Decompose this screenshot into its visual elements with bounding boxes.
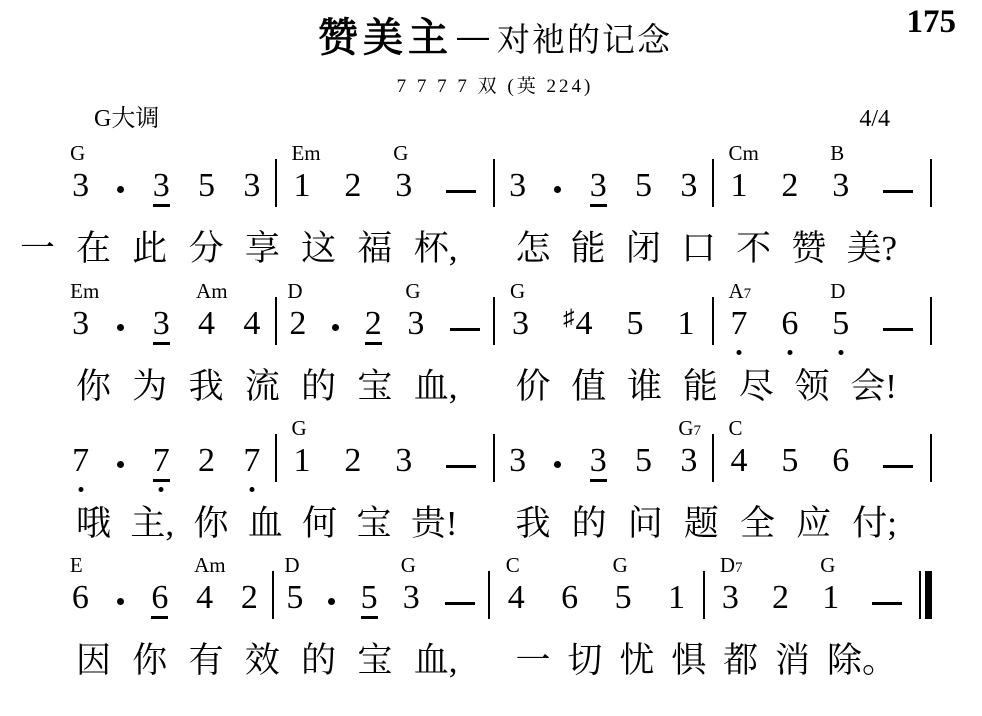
note-cell: Am4 xyxy=(196,557,213,619)
note-digit: 3 xyxy=(832,169,849,207)
measure: C46G51 xyxy=(490,557,704,619)
lyric-syllable: 享 xyxy=(245,229,280,269)
note-cell: Am4 xyxy=(198,283,215,345)
note-cell: A77 xyxy=(730,283,747,345)
lyric-syllable: 宝 xyxy=(357,367,392,407)
half-note-dash xyxy=(883,190,913,193)
lyric-syllable: 血, xyxy=(414,641,458,681)
lyric-syllable: 应 xyxy=(796,504,831,544)
lyric-syllable: 你 xyxy=(132,641,167,681)
half-note-dash xyxy=(446,190,476,193)
note-cell: 3 xyxy=(680,145,697,207)
note-digit-eighth: 2 xyxy=(365,307,382,345)
note-digit: 1 xyxy=(293,444,310,482)
note-digit: 3 xyxy=(680,169,697,207)
chord-label: G xyxy=(291,418,306,439)
note-cell: 5 xyxy=(198,145,215,207)
note-cell: 2 xyxy=(344,145,361,207)
note-digit-eighth: 3 xyxy=(153,169,170,207)
note-digit: 5 xyxy=(615,581,632,619)
note-digit: 5 xyxy=(781,444,798,482)
chord-seventh: 7 xyxy=(735,560,743,576)
lyric-syllable: 血, xyxy=(414,367,458,407)
note-digit: 3 xyxy=(509,444,526,482)
note-digit: 3 xyxy=(509,169,526,207)
title-dash-separator: — xyxy=(457,18,489,54)
note-digit: 6 xyxy=(561,581,578,619)
low-octave-dot xyxy=(787,350,792,355)
measure: D732G1 xyxy=(705,557,919,619)
chord-label: G xyxy=(820,555,835,576)
lyrics-line-1: 一在此分享这福杯,怎能闭口不赞美? xyxy=(76,229,897,269)
chord-label: G xyxy=(401,555,416,576)
measure: Cm12B3 xyxy=(714,145,931,207)
measure: 3353 xyxy=(495,145,712,207)
note-cell: 5 xyxy=(781,420,798,482)
hymn-title: 赞美主—对祂的记念 xyxy=(58,14,932,62)
lyric-syllable: 惧 xyxy=(671,641,706,681)
chord-label: A7 xyxy=(728,281,751,302)
lyric-syllable: 因 xyxy=(76,641,111,681)
half-note-dash xyxy=(446,465,476,468)
sharp-icon: ♯ xyxy=(563,305,575,330)
barline xyxy=(930,297,932,345)
note-cell: 6 xyxy=(781,283,798,345)
lyric-syllable: 赞 xyxy=(791,229,826,269)
lyrics-phrase: 价值谁能尽领会! xyxy=(516,367,898,407)
note-cell: Em1 xyxy=(293,145,310,207)
key-signature: G大调 xyxy=(94,106,159,132)
measure: Em12G3 xyxy=(277,145,494,207)
note-cell: 6 xyxy=(561,557,578,619)
note-digit: 4 xyxy=(243,307,260,345)
hymn-page: 175 赞美主—对祂的记念 7 7 7 7 双 (英 224) G大调 4/4 … xyxy=(0,0,982,716)
augmentation-dot-cell xyxy=(117,557,124,619)
note-digit-eighth: 3 xyxy=(590,444,607,482)
note-digit: 4 xyxy=(196,581,213,619)
music-sheet: G3353Em12G33353Cm12B3一在此分享这福杯,怎能闭口不赞美?Em… xyxy=(58,145,932,681)
lyric-syllable: 这 xyxy=(301,229,336,269)
half-note-dash xyxy=(883,328,913,331)
half-note-dash-cell xyxy=(446,145,476,207)
note-cell: D5 xyxy=(832,283,849,345)
lyric-syllable: 口 xyxy=(681,229,716,269)
note-digit-eighth: 7 xyxy=(153,444,170,482)
lyric-syllable: 领 xyxy=(794,367,829,407)
music-line-1: G3353Em12G33353Cm12B3 xyxy=(58,145,932,207)
note-cell: 1 xyxy=(678,283,695,345)
note-cell: 3 xyxy=(509,145,526,207)
chord-label: C xyxy=(728,418,742,439)
note-cell: ♯4 xyxy=(563,283,593,345)
note-digit: 5 xyxy=(198,169,215,207)
note-digit: 2 xyxy=(781,169,798,207)
low-octave-dot xyxy=(78,487,83,492)
low-octave-dot xyxy=(736,350,741,355)
note-digit: 4 xyxy=(508,581,525,619)
augmentation-dot xyxy=(554,461,561,468)
note-digit: 5 xyxy=(286,581,303,619)
half-note-dash xyxy=(883,465,913,468)
note-digit: 3 xyxy=(72,169,89,207)
note-cell: G1 xyxy=(822,557,839,619)
note-cell: Cm1 xyxy=(730,145,747,207)
half-note-dash xyxy=(872,602,902,605)
augmentation-dot-cell xyxy=(117,283,124,345)
note-cell: 6 xyxy=(832,420,849,482)
note-digit: 1 xyxy=(668,581,685,619)
lyric-syllable: 我 xyxy=(516,504,551,544)
note-cell: 6 xyxy=(151,557,168,619)
note-digit: 3 xyxy=(72,307,89,345)
note-digit: 2 xyxy=(772,581,789,619)
note-digit: 2 xyxy=(241,581,258,619)
note-digit: 3 xyxy=(722,581,739,619)
lyric-syllable: 一 xyxy=(516,641,551,681)
chord-label: D xyxy=(830,281,845,302)
note-cell: G5 xyxy=(615,557,632,619)
note-digit: 3 xyxy=(395,444,412,482)
note-digit: 2 xyxy=(344,169,361,207)
note-cell: 3 xyxy=(590,420,607,482)
chord-label: D7 xyxy=(720,555,743,576)
chord-label: C xyxy=(506,555,520,576)
lyric-syllable: 都 xyxy=(723,641,758,681)
augmentation-dot xyxy=(332,324,339,331)
lyrics-phrase: 因你有效的宝血, xyxy=(76,641,458,681)
half-note-dash-cell xyxy=(872,557,902,619)
chord-label: B xyxy=(830,143,844,164)
lyrics-phrase: 哦主,你血何宝贵! xyxy=(76,504,458,544)
note-digit: 2 xyxy=(198,444,215,482)
note-cell: G3 xyxy=(512,283,529,345)
note-cell: G3 xyxy=(407,283,424,345)
note-digit: 7 xyxy=(243,444,260,482)
lyric-syllable: 的 xyxy=(301,641,336,681)
lyric-syllable: 你 xyxy=(76,367,111,407)
note-cell: 2 xyxy=(781,145,798,207)
lyric-syllable: 在 xyxy=(76,229,111,269)
lyric-syllable: 为 xyxy=(132,367,167,407)
measure: G3♯451 xyxy=(495,283,712,345)
lyric-syllable: 哦 xyxy=(76,504,111,544)
note-digit: 4 xyxy=(198,307,215,345)
low-octave-dot xyxy=(159,487,164,492)
key-time-row: G大调 4/4 xyxy=(58,106,932,132)
note-digit: 5 xyxy=(832,307,849,345)
measure: E66Am42 xyxy=(58,557,272,619)
note-cell: D73 xyxy=(722,557,739,619)
note-cell: 2 xyxy=(344,420,361,482)
lyric-syllable: 问 xyxy=(628,504,663,544)
measure: 335G73 xyxy=(495,420,712,482)
lyric-syllable: 忧 xyxy=(619,641,654,681)
lyric-syllable: 消 xyxy=(775,641,810,681)
note-digit: 5 xyxy=(635,444,652,482)
lyric-syllable: 不 xyxy=(736,229,771,269)
music-line-2: Em33Am44D22G3G3♯451A776D5 xyxy=(58,283,932,345)
note-cell: 2 xyxy=(241,557,258,619)
half-note-dash-cell xyxy=(883,145,913,207)
note-cell: G73 xyxy=(680,420,697,482)
hymn-title-subtitle: 对祂的记念 xyxy=(497,21,672,58)
lyric-syllable: 宝 xyxy=(356,504,391,544)
note-cell: G3 xyxy=(395,145,412,207)
lyric-syllable: 尽 xyxy=(739,367,774,407)
lyrics-phrase: 我的问题全应付; xyxy=(516,504,898,544)
half-note-dash-cell xyxy=(446,420,476,482)
lyrics-line-3: 哦主,你血何宝贵!我的问题全应付; xyxy=(76,504,897,544)
lyric-syllable: 流 xyxy=(245,367,280,407)
note-digit: 7 xyxy=(72,444,89,482)
lyric-syllable: 闭 xyxy=(626,229,661,269)
note-cell: 3 xyxy=(153,283,170,345)
lyric-syllable: 你 xyxy=(193,504,228,544)
chord-label: G xyxy=(613,555,628,576)
lyric-syllable: 的 xyxy=(301,367,336,407)
chord-label: G xyxy=(510,281,525,302)
note-digit: 3 xyxy=(395,169,412,207)
note-digit: 1 xyxy=(730,169,747,207)
note-cell: 3 xyxy=(509,420,526,482)
measure: Em33Am44 xyxy=(58,283,275,345)
lyric-syllable: 能 xyxy=(571,229,606,269)
chord-label: D xyxy=(287,281,302,302)
note-cell: 2 xyxy=(365,283,382,345)
measure: D22G3 xyxy=(277,283,494,345)
note-cell: D5 xyxy=(286,557,303,619)
half-note-dash-cell xyxy=(883,420,913,482)
half-note-dash-cell xyxy=(445,557,475,619)
chord-label: D xyxy=(284,555,299,576)
lyric-syllable: 的 xyxy=(572,504,607,544)
note-cell: C4 xyxy=(508,557,525,619)
note-cell: 7 xyxy=(243,420,260,482)
note-cell: 5 xyxy=(635,420,652,482)
low-octave-dot xyxy=(838,350,843,355)
hymn-title-main: 赞美主 xyxy=(318,16,453,60)
low-octave-dot xyxy=(249,487,254,492)
augmentation-dot xyxy=(328,598,335,605)
lyric-syllable: 宝 xyxy=(357,641,392,681)
lyric-syllable: 除。 xyxy=(827,641,897,681)
note-digit: 2 xyxy=(344,444,361,482)
final-barline-thin xyxy=(919,571,921,619)
lyric-syllable: 分 xyxy=(189,229,224,269)
final-barline-thick xyxy=(925,571,932,619)
lyric-syllable: 怎 xyxy=(516,229,551,269)
augmentation-dot xyxy=(554,186,561,193)
augmentation-dot xyxy=(117,324,124,331)
chord-label: Em xyxy=(70,281,99,302)
note-digit-eighth: 6 xyxy=(151,581,168,619)
note-digit: 5 xyxy=(635,169,652,207)
lyric-syllable: 题 xyxy=(684,504,719,544)
note-cell: G1 xyxy=(293,420,310,482)
verse-number: 一 xyxy=(20,229,55,269)
note-digit: 1 xyxy=(822,581,839,619)
lyric-syllable: 有 xyxy=(189,641,224,681)
note-digit: 6 xyxy=(72,581,89,619)
note-digit: 3 xyxy=(512,307,529,345)
barline xyxy=(930,434,932,482)
augmentation-dot-cell xyxy=(117,145,124,207)
lyric-syllable: 全 xyxy=(740,504,775,544)
note-cell: E6 xyxy=(72,557,89,619)
lyrics-phrase: 在此分享这福杯, xyxy=(76,229,458,269)
augmentation-dot-cell xyxy=(332,283,339,345)
chord-label: Em xyxy=(291,143,320,164)
note-digit: 3 xyxy=(403,581,420,619)
chord-label: G xyxy=(393,143,408,164)
note-cell: 3 xyxy=(243,145,260,207)
lyric-syllable: 杯, xyxy=(414,229,458,269)
note-digit: 3 xyxy=(243,169,260,207)
note-cell: G3 xyxy=(72,145,89,207)
note-cell: 3 xyxy=(153,145,170,207)
chord-seventh: 7 xyxy=(744,286,752,302)
note-cell: 7 xyxy=(153,420,170,482)
augmentation-dot xyxy=(117,598,124,605)
lyric-syllable: 何 xyxy=(302,504,337,544)
note-cell: 4 xyxy=(243,283,260,345)
note-digit: 3 xyxy=(407,307,424,345)
note-digit-eighth: 5 xyxy=(361,581,378,619)
note-cell: 1 xyxy=(668,557,685,619)
augmentation-dot-cell xyxy=(117,420,124,482)
note-digit: 1 xyxy=(678,307,695,345)
lyric-syllable: 值 xyxy=(571,367,606,407)
barline xyxy=(930,159,932,207)
half-note-dash-cell xyxy=(883,283,913,345)
lyric-syllable: 价 xyxy=(516,367,551,407)
meter-info: 7 7 7 7 双 (英 224) xyxy=(58,71,932,98)
measure: D55G3 xyxy=(274,557,488,619)
augmentation-dot xyxy=(117,461,124,468)
lyrics-line-4: 因你有效的宝血,一切忧惧都消除。 xyxy=(76,641,897,681)
note-cell: G3 xyxy=(403,557,420,619)
note-digit: 4 xyxy=(730,444,747,482)
lyric-syllable: 谁 xyxy=(627,367,662,407)
time-signature: 4/4 xyxy=(859,106,890,132)
augmentation-dot-cell xyxy=(554,420,561,482)
note-cell: 3 xyxy=(590,145,607,207)
page-number: 175 xyxy=(907,6,957,39)
measure: A776D5 xyxy=(714,283,931,345)
note-cell: B3 xyxy=(832,145,849,207)
lyric-syllable: 此 xyxy=(132,229,167,269)
lyrics-phrase: 怎能闭口不赞美? xyxy=(516,229,898,269)
note-digit: 5 xyxy=(627,307,644,345)
half-note-dash-cell xyxy=(450,283,480,345)
note-cell: 3 xyxy=(395,420,412,482)
lyric-syllable: 效 xyxy=(245,641,280,681)
note-cell: C4 xyxy=(730,420,747,482)
augmentation-dot-cell xyxy=(554,145,561,207)
note-cell: 7 xyxy=(72,420,89,482)
note-digit: 6 xyxy=(781,307,798,345)
half-note-dash xyxy=(445,602,475,605)
lyric-syllable: 会! xyxy=(850,367,897,407)
lyric-syllable: 付; xyxy=(852,504,897,544)
lyric-syllable: 福 xyxy=(357,229,392,269)
final-barline xyxy=(919,571,932,619)
chord-label: Cm xyxy=(728,143,758,164)
chord-label: G xyxy=(70,143,85,164)
note-cell: 5 xyxy=(361,557,378,619)
note-digit: 2 xyxy=(289,307,306,345)
chord-label: Am xyxy=(196,281,228,302)
lyrics-phrase: 你为我流的宝血, xyxy=(76,367,458,407)
lyrics-line-2: 你为我流的宝血,价值谁能尽领会! xyxy=(76,367,897,407)
note-cell: 2 xyxy=(772,557,789,619)
note-digit: ♯4 xyxy=(563,307,593,345)
note-digit-eighth: 3 xyxy=(590,169,607,207)
chord-seventh: 7 xyxy=(694,423,702,439)
lyrics-phrase: 一切忧惧都消除。 xyxy=(516,641,898,681)
augmentation-dot-cell xyxy=(328,557,335,619)
chord-label: G xyxy=(405,281,420,302)
augmentation-dot xyxy=(117,186,124,193)
lyric-syllable: 血 xyxy=(248,504,283,544)
measure: G3353 xyxy=(58,145,275,207)
note-digit: 6 xyxy=(832,444,849,482)
lyric-syllable: 贵! xyxy=(411,504,458,544)
music-line-4: E66Am42D55G3C46G51D732G1 xyxy=(58,557,932,619)
measure: C456 xyxy=(714,420,931,482)
chord-label: Am xyxy=(194,555,226,576)
lyric-syllable: 能 xyxy=(683,367,718,407)
measure: G123 xyxy=(277,420,494,482)
note-cell: 2 xyxy=(198,420,215,482)
music-line-3: 7727G123335G73C456 xyxy=(58,420,932,482)
note-digit: 3 xyxy=(680,444,697,482)
lyric-syllable: 美? xyxy=(846,229,897,269)
note-digit: 1 xyxy=(293,169,310,207)
lyric-syllable: 切 xyxy=(567,641,602,681)
half-note-dash xyxy=(450,328,480,331)
lyric-syllable: 主, xyxy=(130,504,174,544)
note-cell: Em3 xyxy=(72,283,89,345)
measure: 7727 xyxy=(58,420,275,482)
note-cell: D2 xyxy=(289,283,306,345)
note-cell: 5 xyxy=(635,145,652,207)
note-digit: 7 xyxy=(730,307,747,345)
chord-label: E xyxy=(70,555,83,576)
note-cell: 5 xyxy=(627,283,644,345)
lyric-syllable: 我 xyxy=(189,367,224,407)
chord-label: G7 xyxy=(678,418,701,439)
note-digit-eighth: 3 xyxy=(153,307,170,345)
